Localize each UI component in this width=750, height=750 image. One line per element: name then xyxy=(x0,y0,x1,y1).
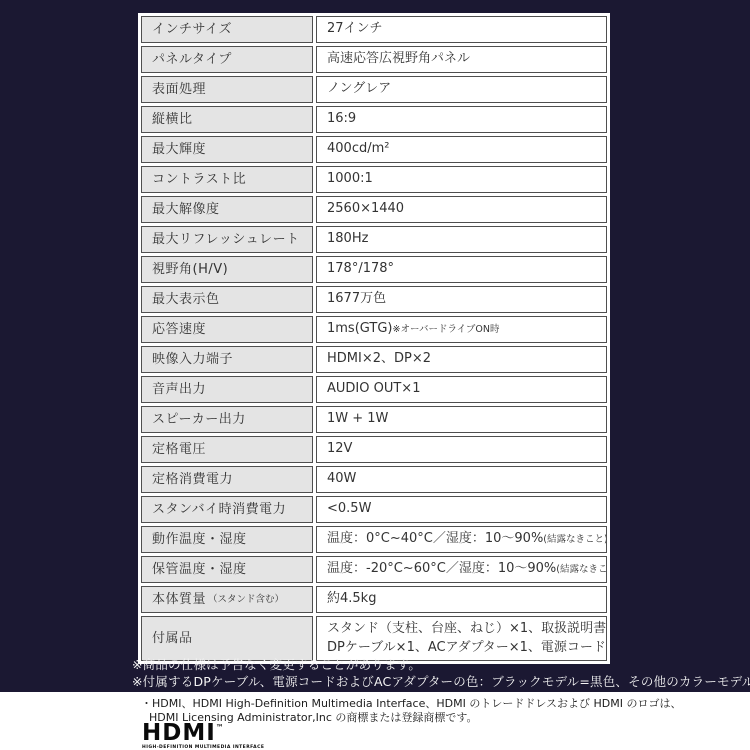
spec-value-cell: 178°/178° xyxy=(316,256,607,283)
spec-table: インチサイズ 27インチ パネルタイプ 高速応答広視野角パネル 表面処理 ノング… xyxy=(138,13,610,664)
spec-value: 2560×1440 xyxy=(327,200,596,219)
spec-label: 保管温度・湿度 xyxy=(152,561,247,579)
spec-value: 16:9 xyxy=(327,110,596,129)
spec-value-text: <0.5W xyxy=(327,501,371,516)
spec-value: 1ms(GTG)※オーバードライブON時 xyxy=(327,320,596,339)
spec-label-cell: 本体質量（スタンド含む） xyxy=(141,586,313,613)
hdmi-trademark-line2: HDMI Licensing Administrator,Inc の商標または登… xyxy=(149,711,681,725)
spec-row: コントラスト比 1000:1 xyxy=(141,166,607,193)
spec-value: 1W + 1W xyxy=(327,410,596,429)
spec-value-cell: 温度：-20°C~60°C／湿度：10〜90%(結露なきこと) xyxy=(316,556,607,583)
spec-value: <0.5W xyxy=(327,500,596,519)
spec-value: 400cd/m² xyxy=(327,140,596,159)
spec-value: ノングレア xyxy=(327,80,596,99)
spec-label-cell: 付属品 xyxy=(141,616,313,661)
spec-row: 最大解像度 2560×1440 xyxy=(141,196,607,223)
spec-label: 表面処理 xyxy=(152,81,206,99)
spec-value-cell: 1000:1 xyxy=(316,166,607,193)
spec-label-cell: パネルタイプ xyxy=(141,46,313,73)
spec-row: 視野角(H/V) 178°/178° xyxy=(141,256,607,283)
spec-row: インチサイズ 27インチ xyxy=(141,16,607,43)
spec-label-cell: 定格消費電力 xyxy=(141,466,313,493)
spec-label: 最大表示色 xyxy=(152,291,220,309)
spec-value-cell: 1677万色 xyxy=(316,286,607,313)
spec-label: 付属品 xyxy=(152,630,193,648)
spec-label-cell: 縦横比 xyxy=(141,106,313,133)
spec-label-cell: スピーカー出力 xyxy=(141,406,313,433)
spec-row: 最大輝度 400cd/m² xyxy=(141,136,607,163)
spec-label-cell: 応答速度 xyxy=(141,316,313,343)
spec-label: 本体質量 xyxy=(152,591,206,609)
spec-row: 定格消費電力 40W xyxy=(141,466,607,493)
spec-value-cell: 2560×1440 xyxy=(316,196,607,223)
spec-value-cell: 1W + 1W xyxy=(316,406,607,433)
spec-value: スタンド（支柱、台座、ねじ）×1、取扱説明書×1 xyxy=(327,620,596,639)
spec-value-note: ※オーバードライブON時 xyxy=(392,324,499,335)
spec-value-text: 1ms(GTG) xyxy=(327,321,392,336)
spec-value-text: 16:9 xyxy=(327,111,356,126)
hdmi-logo-text: HDMI xyxy=(142,720,216,746)
spec-label-cell: コントラスト比 xyxy=(141,166,313,193)
spec-label: 音声出力 xyxy=(152,381,206,399)
spec-value-text: 400cd/m² xyxy=(327,141,389,156)
spec-value-note: (結露なきこと) xyxy=(543,534,607,545)
hdmi-logo: HDMI™ HIGH-DEFINITION MULTIMEDIA INTERFA… xyxy=(142,723,264,750)
spec-value-line2: DPケーブル×1、ACアダプター×1、電源コード×1 xyxy=(327,639,596,657)
hdmi-trademark-notice: ・HDMI、HDMI High-Definition Multimedia In… xyxy=(141,697,681,724)
spec-value-text: 1677万色 xyxy=(327,291,386,306)
spec-value-text: 2560×1440 xyxy=(327,201,404,216)
spec-label: 縦横比 xyxy=(152,111,193,129)
spec-value: 178°/178° xyxy=(327,260,596,279)
spec-row: 付属品 スタンド（支柱、台座、ねじ）×1、取扱説明書×1 DPケーブル×1、AC… xyxy=(141,616,607,661)
spec-value-cell: 温度：0°C~40°C／湿度：10〜90%(結露なきこと) xyxy=(316,526,607,553)
spec-row: 音声出力 AUDIO OUT×1 xyxy=(141,376,607,403)
spec-value: 12V xyxy=(327,440,596,459)
spec-row: 本体質量（スタンド含む） 約4.5kg xyxy=(141,586,607,613)
spec-label-cell: 最大表示色 xyxy=(141,286,313,313)
spec-value-cell: ノングレア xyxy=(316,76,607,103)
spec-value-text: 1W + 1W xyxy=(327,411,388,426)
spec-label: 最大解像度 xyxy=(152,201,220,219)
spec-value: 約4.5kg xyxy=(327,590,596,609)
spec-value-text: 温度：-20°C~60°C／湿度：10〜90% xyxy=(327,561,556,576)
spec-value-cell: 16:9 xyxy=(316,106,607,133)
spec-value-text: 約4.5kg xyxy=(327,591,376,606)
product-spec-page: インチサイズ 27インチ パネルタイプ 高速応答広視野角パネル 表面処理 ノング… xyxy=(0,0,750,750)
spec-value-text: 27インチ xyxy=(327,21,383,36)
spec-row: パネルタイプ 高速応答広視野角パネル xyxy=(141,46,607,73)
hdmi-logo-tagline: HIGH-DEFINITION MULTIMEDIA INTERFACE xyxy=(142,745,264,750)
spec-value: 温度：-20°C~60°C／湿度：10〜90%(結露なきこと) xyxy=(327,560,596,579)
spec-value: AUDIO OUT×1 xyxy=(327,380,596,399)
spec-row: スタンバイ時消費電力 <0.5W xyxy=(141,496,607,523)
spec-value-text: 12V xyxy=(327,441,352,456)
spec-label-cell: 定格電圧 xyxy=(141,436,313,463)
spec-value-cell: HDMI×2、DP×2 xyxy=(316,346,607,373)
spec-row: 最大リフレッシュレート 180Hz xyxy=(141,226,607,253)
spec-label-cell: スタンバイ時消費電力 xyxy=(141,496,313,523)
spec-label-cell: 表面処理 xyxy=(141,76,313,103)
spec-label: 映像入力端子 xyxy=(152,351,233,369)
spec-value-cell: 高速応答広視野角パネル xyxy=(316,46,607,73)
spec-label-cell: 最大リフレッシュレート xyxy=(141,226,313,253)
spec-value: 高速応答広視野角パネル xyxy=(327,50,596,69)
hdmi-trademark-line1: ・HDMI、HDMI High-Definition Multimedia In… xyxy=(141,697,681,711)
spec-value: 180Hz xyxy=(327,230,596,249)
spec-label: 動作温度・湿度 xyxy=(152,531,247,549)
spec-label-cell: 最大解像度 xyxy=(141,196,313,223)
footnote-spec-change: ※商品の仕様は予告なく変更することがあります。 xyxy=(132,657,750,674)
trademark-symbol: ™ xyxy=(216,723,224,732)
spec-row: スピーカー出力 1W + 1W xyxy=(141,406,607,433)
spec-value-cell: 27インチ xyxy=(316,16,607,43)
spec-value: 1677万色 xyxy=(327,290,596,309)
spec-row: 定格電圧 12V xyxy=(141,436,607,463)
spec-value-note: (結露なきこと) xyxy=(556,564,607,575)
spec-value-cell: 約4.5kg xyxy=(316,586,607,613)
spec-label: スピーカー出力 xyxy=(152,411,246,429)
footnote-cable-color: ※付属するDPケーブル、電源コードおよびACアダプターの色：ブラックモデル=黒色… xyxy=(132,674,750,691)
spec-row: 保管温度・湿度 温度：-20°C~60°C／湿度：10〜90%(結露なきこと) xyxy=(141,556,607,583)
spec-value-cell: 40W xyxy=(316,466,607,493)
spec-label: 応答速度 xyxy=(152,321,206,339)
spec-value-text: HDMI×2、DP×2 xyxy=(327,351,431,366)
spec-value-text: 40W xyxy=(327,471,356,486)
spec-value: 27インチ xyxy=(327,20,596,39)
spec-value-cell: 12V xyxy=(316,436,607,463)
spec-label-cell: 保管温度・湿度 xyxy=(141,556,313,583)
spec-label: パネルタイプ xyxy=(152,51,232,69)
spec-row: 応答速度 1ms(GTG)※オーバードライブON時 xyxy=(141,316,607,343)
spec-label-cell: 視野角(H/V) xyxy=(141,256,313,283)
spec-label: 定格消費電力 xyxy=(152,471,233,489)
spec-value-text: ノングレア xyxy=(327,81,391,96)
spec-row: 映像入力端子 HDMI×2、DP×2 xyxy=(141,346,607,373)
spec-label-cell: 動作温度・湿度 xyxy=(141,526,313,553)
spec-value: 40W xyxy=(327,470,596,489)
spec-value-text: スタンド（支柱、台座、ねじ）×1、取扱説明書×1 xyxy=(327,621,607,636)
spec-value-cell: 400cd/m² xyxy=(316,136,607,163)
spec-label-cell: インチサイズ xyxy=(141,16,313,43)
spec-row: 動作温度・湿度 温度：0°C~40°C／湿度：10〜90%(結露なきこと) xyxy=(141,526,607,553)
spec-label-cell: 最大輝度 xyxy=(141,136,313,163)
spec-value-text: 1000:1 xyxy=(327,171,373,186)
trademark-section: ・HDMI、HDMI High-Definition Multimedia In… xyxy=(0,692,750,750)
spec-label: インチサイズ xyxy=(152,21,232,39)
spec-value: 1000:1 xyxy=(327,170,596,189)
spec-value-text: 高速応答広視野角パネル xyxy=(327,51,470,66)
spec-value-cell: スタンド（支柱、台座、ねじ）×1、取扱説明書×1 DPケーブル×1、ACアダプタ… xyxy=(316,616,607,661)
spec-label-cell: 映像入力端子 xyxy=(141,346,313,373)
spec-label-cell: 音声出力 xyxy=(141,376,313,403)
spec-value: HDMI×2、DP×2 xyxy=(327,350,596,369)
spec-label: 最大リフレッシュレート xyxy=(152,231,300,249)
spec-value-text: 178°/178° xyxy=(327,261,394,276)
spec-value: 温度：0°C~40°C／湿度：10〜90%(結露なきこと) xyxy=(327,530,596,549)
spec-label: 最大輝度 xyxy=(152,141,206,159)
spec-value-text: AUDIO OUT×1 xyxy=(327,381,420,396)
spec-label: 視野角(H/V) xyxy=(152,261,228,279)
spec-value-cell: 180Hz xyxy=(316,226,607,253)
spec-label-note: （スタンド含む） xyxy=(208,591,284,609)
spec-row: 表面処理 ノングレア xyxy=(141,76,607,103)
spec-value-cell: AUDIO OUT×1 xyxy=(316,376,607,403)
spec-row: 縦横比 16:9 xyxy=(141,106,607,133)
spec-label: コントラスト比 xyxy=(152,171,246,189)
footnotes: ※商品の仕様は予告なく変更することがあります。 ※付属するDPケーブル、電源コー… xyxy=(132,657,750,690)
spec-value-text: 180Hz xyxy=(327,231,368,246)
spec-label: 定格電圧 xyxy=(152,441,206,459)
spec-value-cell: 1ms(GTG)※オーバードライブON時 xyxy=(316,316,607,343)
spec-row: 最大表示色 1677万色 xyxy=(141,286,607,313)
spec-value-cell: <0.5W xyxy=(316,496,607,523)
spec-value-text: 温度：0°C~40°C／湿度：10〜90% xyxy=(327,531,543,546)
spec-label: スタンバイ時消費電力 xyxy=(152,501,286,519)
